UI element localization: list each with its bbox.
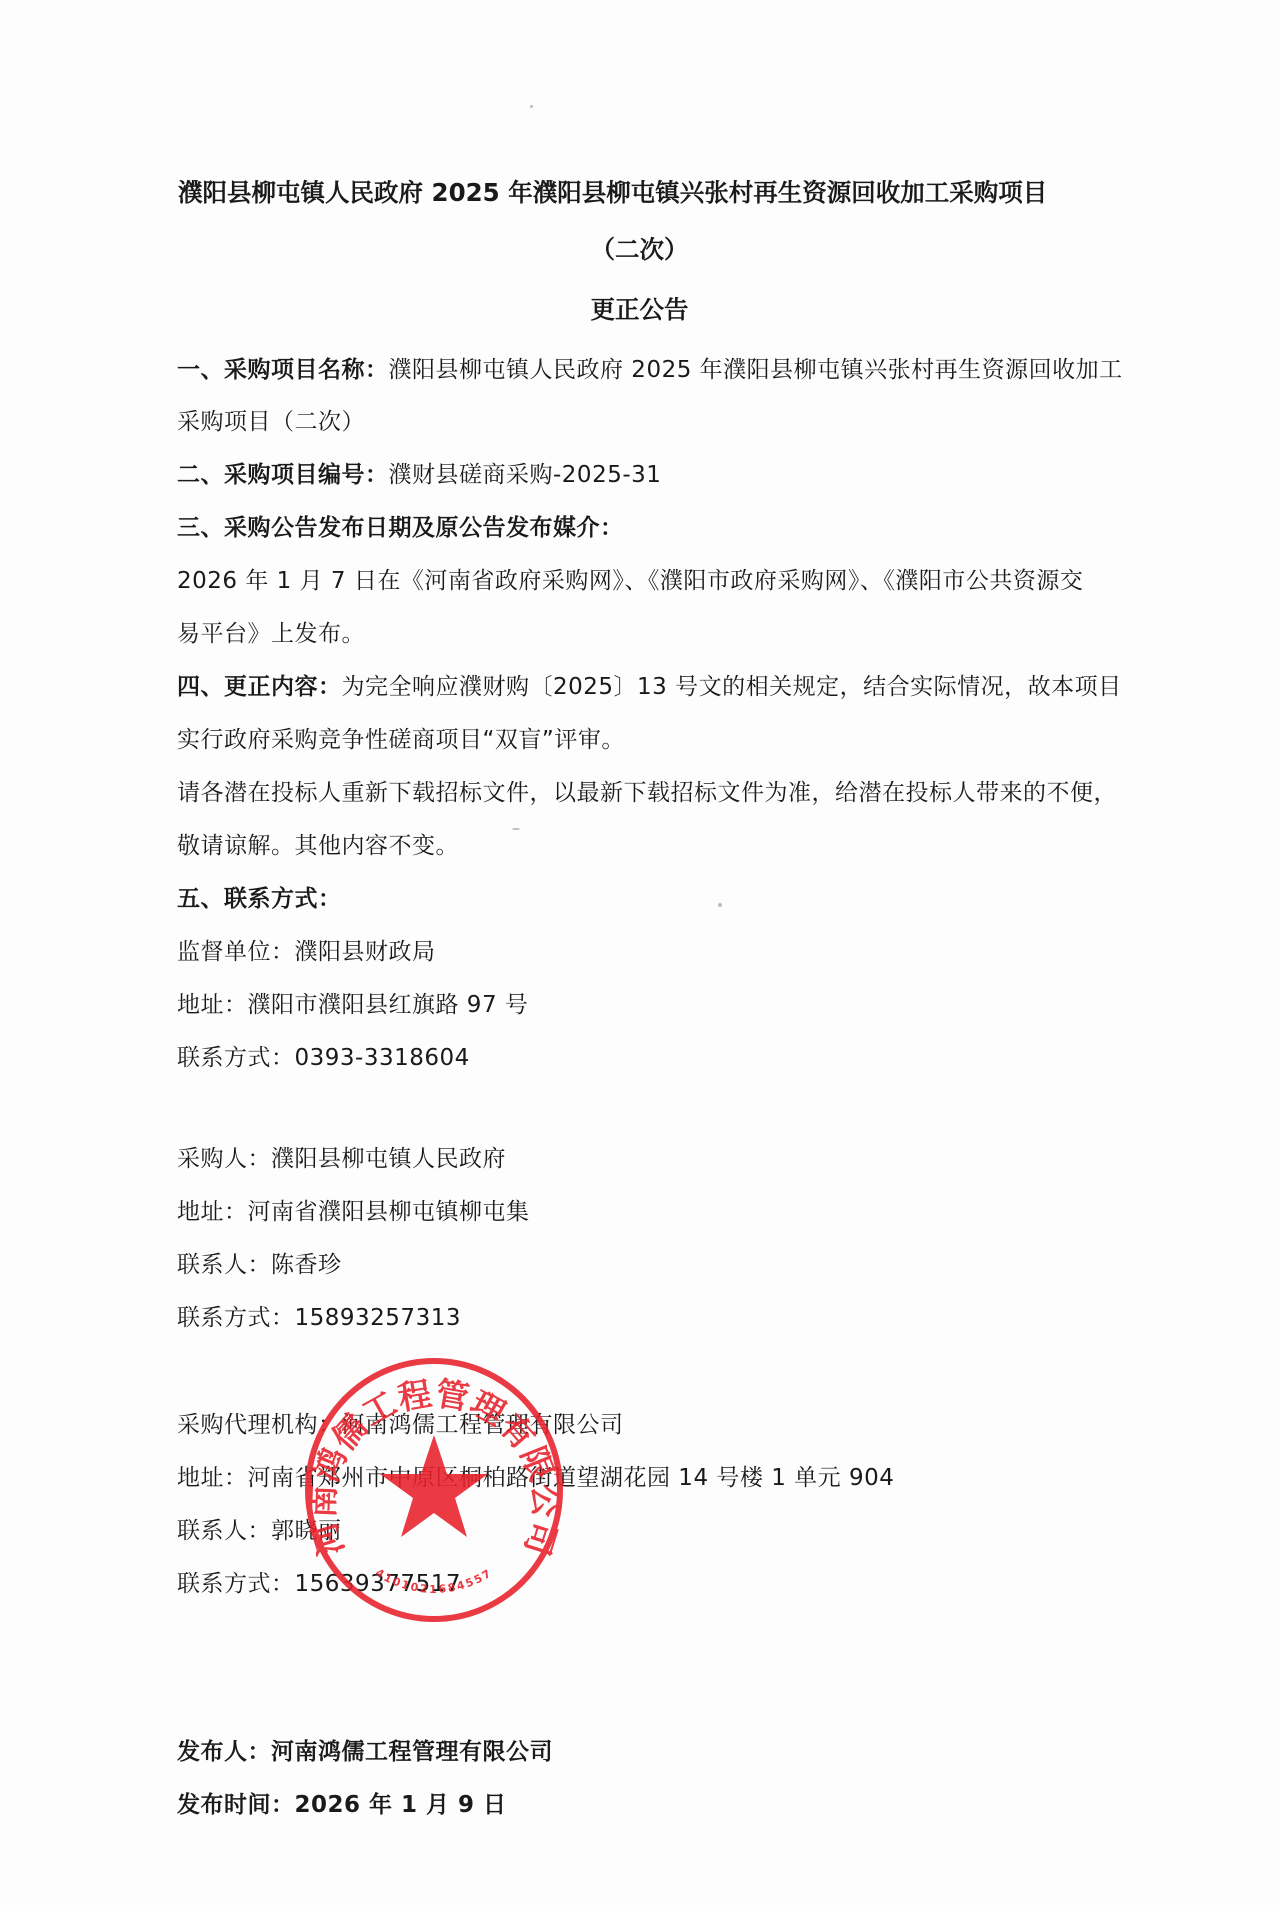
publish-time: 发布时间：2026 年 1 月 9 日 xyxy=(177,1790,507,1820)
scan-speck xyxy=(530,105,533,108)
section-publish-info: 三、采购公告发布日期及原公告发布媒介： xyxy=(177,513,624,543)
publisher-name: 发布人：河南鸿儒工程管理有限公司 xyxy=(177,1737,553,1767)
company-seal-icon: 河南鸿儒工程管理有限公司 4101021684557 xyxy=(303,1357,565,1623)
supervisor-phone: 联系方式：0393-3318604 xyxy=(177,1043,470,1073)
section-correction: 四、更正内容：为完全响应濮财购〔2025〕13 号文的相关规定，结合实际情况，故… xyxy=(177,672,1122,702)
section-publish-info-text-cont: 易平台》上发布。 xyxy=(177,619,365,649)
document-title: 濮阳县柳屯镇人民政府 2025 年濮阳县柳屯镇兴张村再生资源回收加工采购项目 xyxy=(178,177,1047,209)
document-subtitle: （二次） xyxy=(0,234,1279,266)
scan-speck xyxy=(718,903,722,907)
section-text: 濮财县磋商采购-2025-31 xyxy=(389,462,662,488)
purchaser-phone: 联系方式：15893257313 xyxy=(177,1303,461,1333)
supervisor-unit: 监督单位：濮阳县财政局 xyxy=(177,937,436,967)
section-project-name-cont: 采购项目（二次） xyxy=(177,407,365,437)
section-project-number: 二、采购项目编号：濮财县磋商采购-2025-31 xyxy=(177,460,661,490)
section-text: 濮阳县柳屯镇人民政府 2025 年濮阳县柳屯镇兴张村再生资源回收加工 xyxy=(389,357,1123,383)
purchaser-name: 采购人：濮阳县柳屯镇人民政府 xyxy=(177,1144,506,1174)
notice-heading: 更正公告 xyxy=(0,294,1279,326)
purchaser-address: 地址：河南省濮阳县柳屯镇柳屯集 xyxy=(177,1197,530,1227)
scan-speck xyxy=(512,828,520,830)
section-correction-note: 请各潜在投标人重新下载招标文件，以最新下载招标文件为准，给潜在投标人带来的不便， xyxy=(177,778,1117,808)
section-text: 为完全响应濮财购〔2025〕13 号文的相关规定，结合实际情况，故本项目 xyxy=(342,674,1122,700)
section-correction-cont: 实行政府采购竞争性磋商项目“双盲”评审。 xyxy=(177,725,625,755)
svg-text:4101021684557: 4101021684557 xyxy=(373,1566,495,1596)
section-contact: 五、联系方式： xyxy=(177,884,342,914)
section-label: 一、采购项目名称： xyxy=(177,357,389,383)
supervisor-address: 地址：濮阳市濮阳县红旗路 97 号 xyxy=(177,990,528,1020)
section-label: 四、更正内容： xyxy=(177,674,342,700)
section-project-name: 一、采购项目名称：濮阳县柳屯镇人民政府 2025 年濮阳县柳屯镇兴张村再生资源回… xyxy=(177,355,1123,385)
section-correction-note-cont: 敬请谅解。其他内容不变。 xyxy=(177,831,459,861)
section-label: 二、采购项目编号： xyxy=(177,462,389,488)
purchaser-contact: 联系人：陈香珍 xyxy=(177,1250,342,1280)
section-publish-info-text: 2026 年 1 月 7 日在《河南省政府采购网》、《濮阳市政府采购网》、《濮阳… xyxy=(177,566,1083,596)
